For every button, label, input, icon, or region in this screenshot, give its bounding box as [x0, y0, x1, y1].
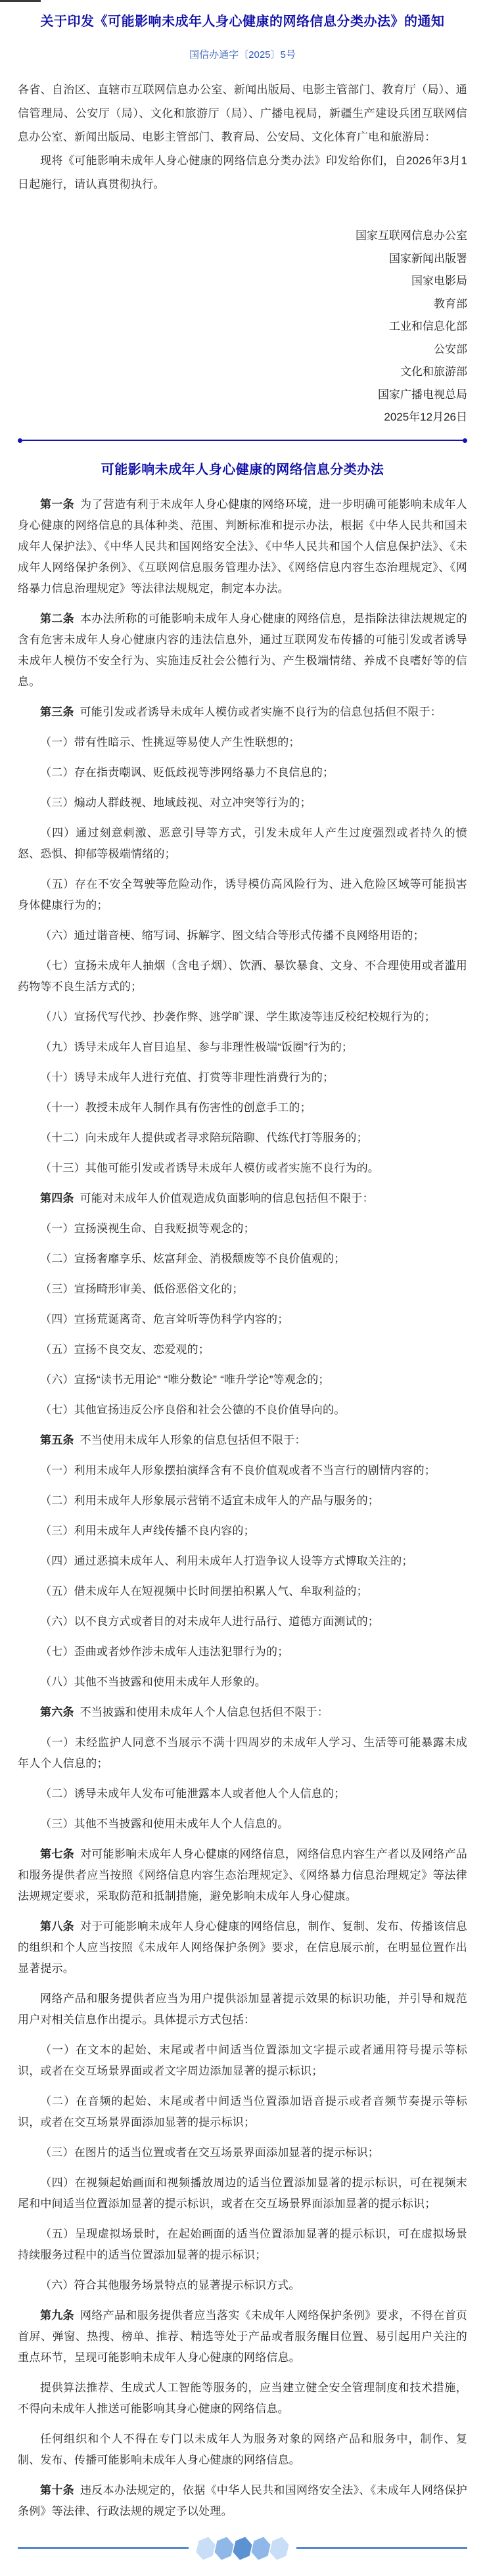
- article-text: 提供算法推荐、生成式人工智能等服务的，应当建立健全安全管理制度和技术措施，不得向…: [18, 2381, 467, 2415]
- article-paragraph: 第三条可能引发或者诱导未成年人模仿或者实施不良行为的信息包括但不限于：: [18, 702, 467, 723]
- article-text: （二）存在指责嘲讽、贬低歧视等涉网络暴力不良信息的；: [40, 766, 334, 779]
- notice-body-paragraph: 现将《可能影响未成年人身心健康的网络信息分类办法》印发给你们，自2026年3月1…: [18, 149, 467, 196]
- article-number: 第五条: [40, 1434, 74, 1446]
- article-paragraph: （十）诱导未成年人进行充值、打赏等非理性消费行为的；: [18, 1067, 467, 1088]
- article-paragraph: （一）宣扬漠视生命、自我贬损等观念的；: [18, 1218, 467, 1239]
- hexagon-icon: [250, 2535, 271, 2562]
- article-text: 本办法所称的可能影响未成年人身心健康的网络信息，是指除法律法规规定的含有危害未成…: [18, 612, 467, 688]
- signature-line: 教育部: [18, 293, 467, 316]
- article-paragraph: 第八条对于可能影响未成年人身心健康的网络信息，制作、复制、发布、传播该信息的组织…: [18, 1916, 467, 1979]
- article-paragraph: （九）诱导未成年人盲目追星、参与非理性极端“饭圈”行为的；: [18, 1037, 467, 1058]
- divider-dot-left: [18, 438, 22, 443]
- article-paragraph: （二）诱导未成年人发布可能泄露本人或者他人个人信息的；: [18, 1783, 467, 1805]
- hexagon-strip: [196, 2537, 289, 2560]
- article-text: （十二）向未成年人提供或者寻求陪玩陪聊、代练代打等服务的；: [40, 1132, 368, 1144]
- article-text: （四）在视频起始画面和视频播放周边的适当位置添加显著的提示标识，可在视频末尾和中…: [18, 2176, 467, 2210]
- article-text: （三）其他不当披露和使用未成年人个人信息的。: [40, 1818, 289, 1830]
- article-number: 第九条: [40, 2309, 74, 2322]
- article-text: （六）通过谐音梗、缩写词、拆解字、图文结合等形式传播不良网络用语的；: [40, 929, 425, 942]
- article-paragraph: （四）通过刻意刺激、恶意引导等方式，引发未成年人产生过度强烈或者持久的愤怒、恐惧…: [18, 823, 467, 865]
- article-paragraph: （八）宣扬代写代抄、抄袭作弊、逃学旷课、学生欺凌等违反校纪校规行为的；: [18, 1007, 467, 1028]
- article-paragraph: （一）未经监护人同意不当展示不满十四周岁的未成年人学习、生活等可能暴露未成年人个…: [18, 1732, 467, 1774]
- article-text: （五）呈现虚拟场景时，在起始画面的适当位置添加显著的提示标识，可在虚拟场景持续服…: [18, 2228, 467, 2261]
- article-paragraph: 第七条对可能影响未成年人身心健康的网络信息，网络信息内容生产者以及网络产品和服务…: [18, 1844, 467, 1907]
- addressees-paragraph: 各省、自治区、直辖市互联网信息办公室、新闻出版局、电影主管部门、教育厅（局）、通…: [18, 78, 467, 149]
- signature-line: 公安部: [18, 338, 467, 361]
- article-paragraph: 第九条网络产品和服务提供者应当落实《未成年人网络保护条例》要求，不得在首页首屏、…: [18, 2305, 467, 2368]
- article-text: （五）存在不安全驾驶等危险动作，诱导模仿高风险行为、进入危险区域等可能损害身体健…: [18, 878, 467, 911]
- article-paragraph: （二）在音频的起始、末尾或者中间适当位置添加语音提示或者音频节奏提示等标识，或者…: [18, 2091, 467, 2133]
- article-text: 对可能影响未成年人身心健康的网络信息，网络信息内容生产者以及网络产品和服务提供者…: [18, 1848, 467, 1902]
- article-number: 第一条: [40, 498, 74, 511]
- article-text: 对于可能影响未成年人身心健康的网络信息，制作、复制、发布、传播该信息的组织和个人…: [18, 1920, 467, 1975]
- article-text: （十）诱导未成年人进行充值、打赏等非理性消费行为的；: [40, 1071, 334, 1084]
- article-text: （一）带有性暗示、性挑逗等易使人产生性联想的；: [40, 736, 300, 748]
- hexagon-icon: [231, 2535, 253, 2562]
- footer-line-right: [296, 2547, 467, 2549]
- article-number: 第七条: [40, 1848, 74, 1860]
- article-paragraph: （七）宣扬未成年人抽烟（含电子烟）、饮酒、暴饮暴食、文身、不合理使用或者滥用药物…: [18, 955, 467, 998]
- article-paragraph: （三）利用未成年人声线传播不良内容的；: [18, 1521, 467, 1542]
- article-text: （四）通过恶搞未成年人、利用未成年人打造争议人设等方式博取关注的；: [40, 1555, 413, 1567]
- article-paragraph: （六）通过谐音梗、缩写词、拆解字、图文结合等形式传播不良网络用语的；: [18, 925, 467, 946]
- signature-line: 国家互联网信息办公室: [18, 225, 467, 248]
- article-paragraph: （一）带有性暗示、性挑逗等易使人产生性联想的；: [18, 732, 467, 753]
- hexagon-icon: [213, 2535, 235, 2562]
- article-paragraph: （三）在图片的适当位置或者在交互场景界面添加显著的提示标识；: [18, 2142, 467, 2163]
- article-paragraph: （三）宣扬畸形审美、低俗恶俗文化的；: [18, 1279, 467, 1300]
- article-paragraph: （四）通过恶搞未成年人、利用未成年人打造争议人设等方式博取关注的；: [18, 1551, 467, 1572]
- article-number: 第六条: [40, 1706, 74, 1718]
- article-text: （八）宣扬代写代抄、抄袭作弊、逃学旷课、学生欺凌等违反校纪校规行为的；: [40, 1011, 436, 1023]
- article-text: （七）歪曲或者炒作涉未成年人违法犯罪行为的；: [40, 1645, 289, 1658]
- article-text: （二）在音频的起始、末尾或者中间适当位置添加语音提示或者音频节奏提示等标识，或者…: [18, 2095, 467, 2128]
- article-text: （七）宣扬未成年人抽烟（含电子烟）、饮酒、暴饮暴食、文身、不合理使用或者滥用药物…: [18, 959, 467, 993]
- footer-decoration: [18, 2537, 467, 2560]
- measures-title: 可能影响未成年人身心健康的网络信息分类办法: [18, 461, 467, 479]
- divider-line: [22, 440, 463, 441]
- signature-line: 国家新闻出版署: [18, 248, 467, 271]
- article-text: （六）宣扬“读书无用论” “唯分数论” “唯升学论”等观念的；: [40, 1373, 330, 1386]
- article-paragraph: （三）其他不当披露和使用未成年人个人信息的。: [18, 1814, 467, 1835]
- article-text: （九）诱导未成年人盲目追星、参与非理性极端“饭圈”行为的；: [40, 1041, 353, 1053]
- article-text: （一）利用未成年人形象摆拍演绎含有不良价值观或者不当言行的剧情内容的；: [40, 1464, 436, 1477]
- signature-line: 文化和旅游部: [18, 361, 467, 384]
- article-text: （七）其他宣扬违反公序良俗和社会公德的不良价值导向的。: [40, 1404, 345, 1416]
- article-paragraph: （八）其他不当披露和使用未成年人形象的。: [18, 1672, 467, 1693]
- signature-line: 工业和信息化部: [18, 315, 467, 338]
- article-text: （二）诱导未成年人发布可能泄露本人或者他人个人信息的；: [40, 1787, 345, 1800]
- article-paragraph: （六）宣扬“读书无用论” “唯分数论” “唯升学论”等观念的；: [18, 1369, 467, 1391]
- article-paragraph: 第五条不当使用未成年人形象的信息包括但不限于：: [18, 1430, 467, 1451]
- article-text: 网络产品和服务提供者应当为用户提供添加显著提示效果的标识功能，并引导和规范用户对…: [18, 1992, 467, 2026]
- article-paragraph: 第二条本办法所称的可能影响未成年人身心健康的网络信息，是指除法律法规规定的含有危…: [18, 609, 467, 693]
- measures-body: 第一条为了营造有利于未成年人身心健康的网络环境，进一步明确可能影响未成年人身心健…: [18, 494, 467, 2522]
- article-text: 可能引发或者诱导未成年人模仿或者实施不良行为的信息包括但不限于：: [80, 706, 442, 718]
- article-text: （三）宣扬畸形审美、低俗恶俗文化的；: [40, 1283, 244, 1295]
- article-text: 不当使用未成年人形象的信息包括但不限于：: [80, 1434, 306, 1446]
- article-text: 为了营造有利于未成年人身心健康的网络环境，进一步明确可能影响未成年人身心健康的网…: [18, 498, 467, 595]
- article-text: （一）未经监护人同意不当展示不满十四周岁的未成年人学习、生活等可能暴露未成年人个…: [18, 1736, 467, 1770]
- doc-number: 国信办通字〔2025〕5号: [18, 49, 467, 62]
- hexagon-icon: [195, 2535, 216, 2562]
- article-paragraph: （七）歪曲或者炒作涉未成年人违法犯罪行为的；: [18, 1642, 467, 1663]
- article-paragraph: （六）符合其他服务场景特点的显著提示标识方式。: [18, 2275, 467, 2296]
- hexagon-icon: [268, 2535, 290, 2562]
- article-paragraph: （三）煽动人群歧视、地域歧视、对立冲突等行为的；: [18, 793, 467, 814]
- article-paragraph: 第十条违反本办法规定的，依据《中华人民共和国网络安全法》、《未成年人网络保护条例…: [18, 2480, 467, 2522]
- article-paragraph: （五）呈现虚拟场景时，在起始画面的适当位置添加显著的提示标识，可在虚拟场景持续服…: [18, 2224, 467, 2266]
- article-paragraph: （五）存在不安全驾驶等危险动作，诱导模仿高风险行为、进入危险区域等可能损害身体健…: [18, 874, 467, 916]
- article-number: 第三条: [40, 706, 74, 718]
- article-paragraph: （二）宣扬奢靡享乐、炫富拜金、消极颓废等不良价值观的；: [18, 1249, 467, 1270]
- article-paragraph: 网络产品和服务提供者应当为用户提供添加显著提示效果的标识功能，并引导和规范用户对…: [18, 1989, 467, 2031]
- article-text: （六）以不良方式或者目的对未成年人进行品行、道德方面测试的；: [40, 1615, 379, 1628]
- article-text: （八）其他不当披露和使用未成年人形象的。: [40, 1676, 266, 1688]
- article-text: （十三）其他可能引发或者诱导未成年人模仿或者实施不良行为的。: [40, 1162, 379, 1174]
- article-paragraph: （六）以不良方式或者目的对未成年人进行品行、道德方面测试的；: [18, 1611, 467, 1632]
- signature-line: 国家广播电视总局: [18, 384, 467, 407]
- notice-title: 关于印发《可能影响未成年人身心健康的网络信息分类办法》的通知: [18, 12, 467, 32]
- article-paragraph: （五）借未成年人在短视频中长时间摆拍积累人气、牟取利益的；: [18, 1581, 467, 1602]
- section-divider: [18, 438, 467, 443]
- article-text: （五）借未成年人在短视频中长时间摆拍积累人气、牟取利益的；: [40, 1585, 368, 1598]
- document-page: 关于印发《可能影响未成年人身心健康的网络信息分类办法》的通知 国信办通字〔202…: [0, 0, 485, 2576]
- footer-line-left: [18, 2547, 189, 2549]
- article-paragraph: （七）其他宣扬违反公序良俗和社会公德的不良价值导向的。: [18, 1400, 467, 1421]
- article-text: （一）宣扬漠视生命、自我贬损等观念的；: [40, 1222, 255, 1235]
- article-text: （四）宣扬荒诞离奇、危言耸听等伪科学内容的；: [40, 1313, 289, 1325]
- article-number: 第八条: [40, 1920, 74, 1933]
- divider-dot-right: [463, 438, 467, 443]
- top-left-artifact: [0, 0, 41, 2]
- article-paragraph: （二）存在指责嘲讽、贬低歧视等涉网络暴力不良信息的；: [18, 762, 467, 783]
- article-paragraph: （十二）向未成年人提供或者寻求陪玩陪聊、代练代打等服务的；: [18, 1128, 467, 1149]
- article-text: （一）在文本的起始、末尾或者中间适当位置添加文字提示或者通用符号提示等标识，或者…: [18, 2044, 467, 2077]
- article-text: （四）通过刻意刺激、恶意引导等方式，引发未成年人产生过度强烈或者持久的愤怒、恐惧…: [18, 827, 467, 860]
- article-text: 不当披露和使用未成年人个人信息包括但不限于：: [80, 1706, 329, 1718]
- article-text: （五）宣扬不良交友、恋爱观的；: [40, 1343, 210, 1356]
- article-paragraph: （一）在文本的起始、末尾或者中间适当位置添加文字提示或者通用符号提示等标识，或者…: [18, 2040, 467, 2082]
- article-text: （三）在图片的适当位置或者在交互场景界面添加显著的提示标识；: [40, 2146, 379, 2159]
- article-text: （三）利用未成年人声线传播不良内容的；: [40, 1525, 255, 1537]
- article-paragraph: （十三）其他可能引发或者诱导未成年人模仿或者实施不良行为的。: [18, 1158, 467, 1179]
- article-paragraph: 第六条不当披露和使用未成年人个人信息包括但不限于：: [18, 1702, 467, 1723]
- article-paragraph: 第一条为了营造有利于未成年人身心健康的网络环境，进一步明确可能影响未成年人身心健…: [18, 494, 467, 599]
- article-text: 网络产品和服务提供者应当落实《未成年人网络保护条例》要求，不得在首页首屏、弹窗、…: [18, 2309, 467, 2364]
- article-paragraph: （十一）教授未成年人制作具有伤害性的创意手工的；: [18, 1097, 467, 1118]
- article-text: （十一）教授未成年人制作具有伤害性的创意手工的；: [40, 1101, 312, 1114]
- article-text: （六）符合其他服务场景特点的显著提示标识方式。: [40, 2279, 300, 2291]
- article-number: 第十条: [40, 2484, 74, 2496]
- article-paragraph: （五）宣扬不良交友、恋爱观的；: [18, 1339, 467, 1360]
- article-paragraph: （二）利用未成年人形象展示营销不适宜未成年人的产品与服务的；: [18, 1490, 467, 1511]
- article-text: （三）煽动人群歧视、地域歧视、对立冲突等行为的；: [40, 796, 312, 809]
- article-number: 第二条: [40, 612, 74, 625]
- article-paragraph: 任何组织和个人不得在专门以未成年人为服务对象的网络产品和服务中，制作、复制、发布…: [18, 2429, 467, 2471]
- article-text: （二）利用未成年人形象展示营销不适宜未成年人的产品与服务的；: [40, 1494, 379, 1507]
- article-text: （二）宣扬奢靡享乐、炫富拜金、消极颓废等不良价值观的；: [40, 1253, 345, 1265]
- article-paragraph: （一）利用未成年人形象摆拍演绎含有不良价值观或者不当言行的剧情内容的；: [18, 1460, 467, 1481]
- article-number: 第四条: [40, 1192, 74, 1205]
- article-paragraph: （四）宣扬荒诞离奇、危言耸听等伪科学内容的；: [18, 1309, 467, 1330]
- article-text: 可能对未成年人价值观造成负面影响的信息包括但不限于：: [80, 1192, 374, 1205]
- article-paragraph: 提供算法推荐、生成式人工智能等服务的，应当建立健全安全管理制度和技术措施，不得向…: [18, 2378, 467, 2420]
- signature-line: 国家电影局: [18, 270, 467, 293]
- signature-block: 国家互联网信息办公室 国家新闻出版署 国家电影局 教育部 工业和信息化部 公安部…: [18, 225, 467, 406]
- article-text: 违反本办法规定的，依据《中华人民共和国网络安全法》、《未成年人网络保护条例》等法…: [18, 2484, 467, 2518]
- issue-date: 2025年12月26日: [18, 406, 467, 429]
- article-text: 任何组织和个人不得在专门以未成年人为服务对象的网络产品和服务中，制作、复制、发布…: [18, 2433, 467, 2466]
- article-paragraph: 第四条可能对未成年人价值观造成负面影响的信息包括但不限于：: [18, 1188, 467, 1209]
- article-paragraph: （四）在视频起始画面和视频播放周边的适当位置添加显著的提示标识，可在视频末尾和中…: [18, 2173, 467, 2215]
